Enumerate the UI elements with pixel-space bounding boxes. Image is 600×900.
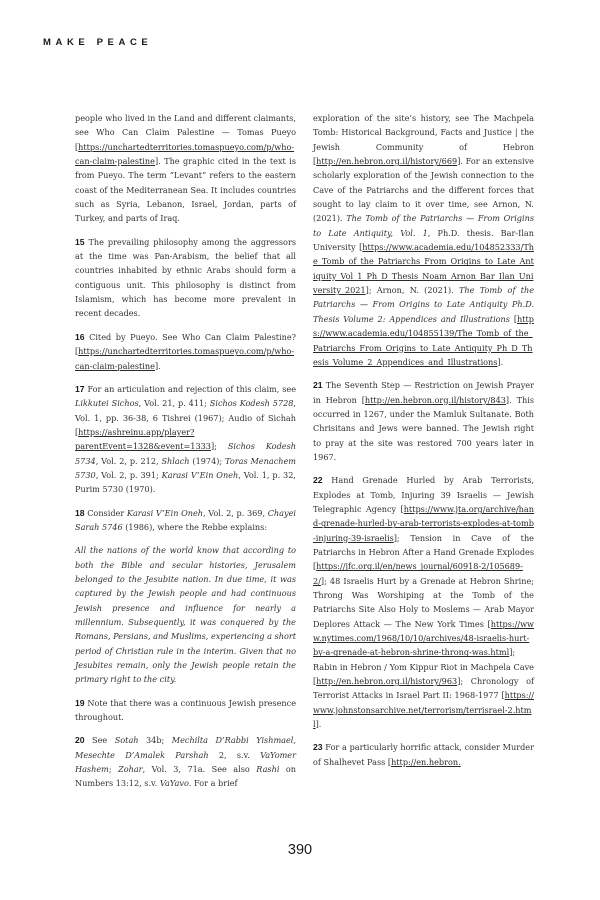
citation-title: Karasi V’Ein Oneh [127, 508, 203, 518]
note-text: , Vol. 2, p. 391; [96, 470, 162, 480]
footnote-17: 17 For an articulation and rejection of … [75, 382, 296, 497]
note-text: ]. [316, 719, 322, 729]
note-text: 2, s.v. [209, 750, 260, 760]
running-head-title: MAKE PEACE [43, 37, 152, 48]
footnote-19: 19 Note that there was a continuous Jewi… [75, 696, 296, 725]
citation-title: Shlach [161, 456, 189, 466]
footnotes-left-column: people who lived in the Land and differe… [75, 111, 296, 800]
citation-title: Zohar [118, 764, 143, 774]
note-text: [ [510, 314, 517, 324]
note-text: ]. [155, 361, 161, 371]
footnote-20-continuation: exploration of the site’s history, see T… [313, 111, 534, 369]
note-text: (1974); [190, 456, 226, 466]
note-text: Note that there was a continuous Jewish … [75, 698, 296, 722]
note-text: ; [109, 764, 118, 774]
link-hebron-history-963[interactable]: http://en.hebron.org.il/history/963 [316, 676, 457, 686]
footnote-number: 18 [75, 508, 85, 518]
note-text: The prevailing philosophy among the aggr… [75, 237, 296, 319]
footnote-number: 23 [313, 742, 323, 752]
citation-title: Rashi [256, 764, 279, 774]
note-text: ]; [211, 441, 228, 451]
note-text: Consider [85, 508, 127, 518]
note-text: , Vol. 2, p. 212, [96, 456, 162, 466]
note-text: ]. The graphic cited in the text is from… [75, 156, 296, 223]
citation-title: VaYavo [160, 778, 189, 788]
footnotes-right-column: exploration of the site’s history, see T… [313, 111, 534, 778]
footnote-16: 16 Cited by Pueyo. See Who Can Claim Pal… [75, 330, 296, 373]
note-text: , Vol. 21, p. 411; [139, 398, 210, 408]
footnote-number: 21 [313, 380, 323, 390]
citation-title: Likkutei Sichos [75, 398, 139, 408]
footnote-number: 16 [75, 332, 85, 342]
footnote-number: 17 [75, 384, 85, 394]
footnote-number: 20 [75, 735, 85, 745]
note-text: ]. [497, 357, 503, 367]
link-ashreinu-audio[interactable]: https://ashreinu.app/player?parentEvent=… [75, 427, 211, 451]
note-text: . For a brief [189, 778, 238, 788]
footnote-14-continuation: people who lived in the Land and differe… [75, 111, 296, 226]
note-text: ]; Arnon, N. (2021). [366, 285, 459, 295]
footnote-number: 19 [75, 698, 85, 708]
link-hebron-history-843[interactable]: http://en.hebron.org.il/history/843 [365, 395, 506, 405]
citation-title: Karasi V’Ein Oneh [162, 470, 239, 480]
footnote-18: 18 Consider Karasi V’Ein Oneh, Vol. 2, p… [75, 506, 296, 535]
footnote-18-quote: All the nations of the world know that a… [75, 543, 296, 686]
citation-title: Sotah [115, 735, 139, 745]
note-text: 34b; [139, 735, 172, 745]
note-text: , Vol. 3, 71a. See also [143, 764, 257, 774]
note-text: (1986), where the Rebbe explains: [123, 522, 267, 532]
link-who-can-claim-palestine[interactable]: https://unchartedterritories.tomaspueyo.… [75, 346, 294, 370]
footnote-21: 21 The Seventh Step — Restriction on Jew… [313, 378, 534, 464]
footnote-23: 23 For a particularly horrific attack, c… [313, 740, 534, 769]
footnote-22: 22 Hand Grenade Hurled by Arab Terrorist… [313, 473, 534, 731]
note-text: , Vol. 2, p. 369, [203, 508, 268, 518]
note-text: For an articulation and rejection of thi… [85, 384, 296, 394]
footnote-number: 22 [313, 475, 323, 485]
note-text: See [85, 735, 115, 745]
footnote-number: 15 [75, 237, 85, 247]
citation-title: Sichos Kodesh 5728 [210, 398, 294, 408]
link-hebron-history-669[interactable]: http://en.hebron.org.il/history/669 [316, 156, 457, 166]
page-number: 390 [0, 842, 600, 858]
link-hebron-shalhevet[interactable]: http://en.hebron. [391, 757, 461, 767]
footnote-20: 20 See Sotah 34b; Mechilta D’Rabbi Yishm… [75, 733, 296, 790]
footnote-15: 15 The prevailing philosophy among the a… [75, 235, 296, 321]
